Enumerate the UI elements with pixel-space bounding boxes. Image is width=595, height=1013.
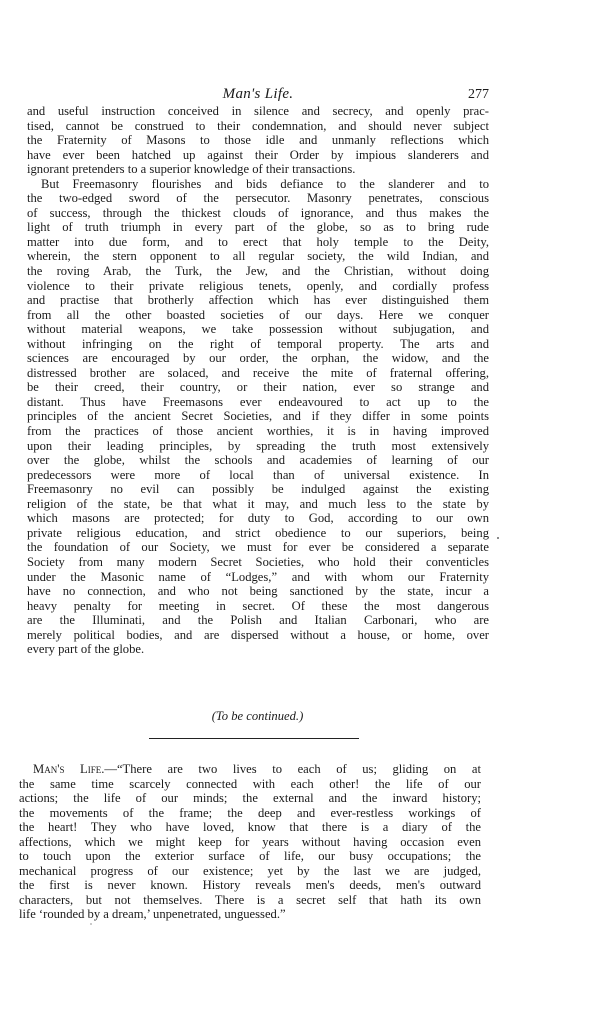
text-line: from the practices of those ancient wort…: [27, 424, 489, 439]
text-line: under the Masonic name of “Lodges,” and …: [27, 570, 489, 585]
freemasonry-article-text: and useful instruction conceived in sile…: [27, 104, 489, 657]
text-line: of success, through the thickest clouds …: [27, 206, 489, 221]
paragraph-start-line: Man's Life.—“There are two lives to each…: [19, 762, 481, 777]
text-line: be their creed, their country, or their …: [27, 380, 489, 395]
text-line: light of truth triumph in every part of …: [27, 220, 489, 235]
text-line: the heart! They who have loved, know tha…: [19, 820, 481, 835]
text-line: have no connection, and who not being sa…: [27, 584, 489, 599]
scan-speck: [497, 537, 499, 539]
text-line: tised, cannot be construed to their cond…: [27, 119, 489, 134]
scan-speck: [90, 923, 92, 925]
text-line: have ever been hatched up against their …: [27, 148, 489, 163]
text-line: and practise that brotherly affection wh…: [27, 293, 489, 308]
text-line: distant. Thus have Freemasons ever endea…: [27, 395, 489, 410]
text-line: the movements of the frame; the deep and…: [19, 806, 481, 821]
text-line: religion of the state, be that what it m…: [27, 497, 489, 512]
page-number: 277: [468, 87, 489, 103]
text-line: principles of the ancient Secret Societi…: [27, 409, 489, 424]
text-line: Society from many modern Secret Societie…: [27, 555, 489, 570]
section-heading: Man's Life.: [33, 762, 104, 776]
text-line: mechanical progress of our existence; ye…: [19, 864, 481, 879]
text-line: every part of the globe.: [27, 642, 489, 657]
paragraph-start-line: But Freemasonry flourishes and bids defi…: [27, 177, 489, 192]
text-line: the first is never known. History reveal…: [19, 878, 481, 893]
text-line: Freemasonry no evil can possibly be indu…: [27, 482, 489, 497]
text-line: without infringing on the right of tempo…: [27, 337, 489, 352]
running-head: Man's Life. 277: [27, 86, 489, 106]
section-divider-rule: [149, 738, 359, 739]
text-line: ignorant pretenders to a superior knowle…: [27, 162, 489, 177]
text-line: to touch upon the exterior surface of li…: [19, 849, 481, 864]
text-line: the two-edged sword of the persecutor. M…: [27, 191, 489, 206]
text-line: affections, which we might keep for year…: [19, 835, 481, 850]
mans-life-article-text: Man's Life.—“There are two lives to each…: [19, 762, 481, 922]
text-line: characters, but not themselves. There is…: [19, 893, 481, 908]
text-line: matter into due form, and to erect that …: [27, 235, 489, 250]
running-title: Man's Life.: [27, 86, 489, 103]
text-line: the same time scarcely connected with ea…: [19, 777, 481, 792]
text-line: which masons are protected; for duty to …: [27, 511, 489, 526]
text-line: violence to their private religious tene…: [27, 279, 489, 294]
to-be-continued-note: (To be continued.): [0, 709, 515, 724]
text-line: the Fraternity of Masons to those idle a…: [27, 133, 489, 148]
text-line: private religious education, and strict …: [27, 526, 489, 541]
text-line: predecessors were more of local than of …: [27, 468, 489, 483]
text-line: merely political bodies, and are dispers…: [27, 628, 489, 643]
text-line: are the Illuminati, and the Polish and I…: [27, 613, 489, 628]
text-line: without material weapons, we take posses…: [27, 322, 489, 337]
text-line: wherein, the stern opponent to all regul…: [27, 249, 489, 264]
text-line: from all the other boasted societies of …: [27, 308, 489, 323]
text-line: the roving Arab, the Turk, the Jew, and …: [27, 264, 489, 279]
text-line: and useful instruction conceived in sile…: [27, 104, 489, 119]
text-line: sciences are encouraged by our order, th…: [27, 351, 489, 366]
text-line: upon their leading principles, by spread…: [27, 439, 489, 454]
text-line: the foundation of our Society, we must f…: [27, 540, 489, 555]
text-fragment: —“There are two lives to each of us; gli…: [104, 762, 481, 776]
text-line: distressed brother are solaced, and rece…: [27, 366, 489, 381]
text-line: actions; the life of our minds; the exte…: [19, 791, 481, 806]
text-line: life ‘rounded by a dream,’ unpenetrated,…: [19, 907, 481, 922]
text-line: over the globe, whilst the schools and a…: [27, 453, 489, 468]
text-line: heavy penalty for meeting in secret. Of …: [27, 599, 489, 614]
